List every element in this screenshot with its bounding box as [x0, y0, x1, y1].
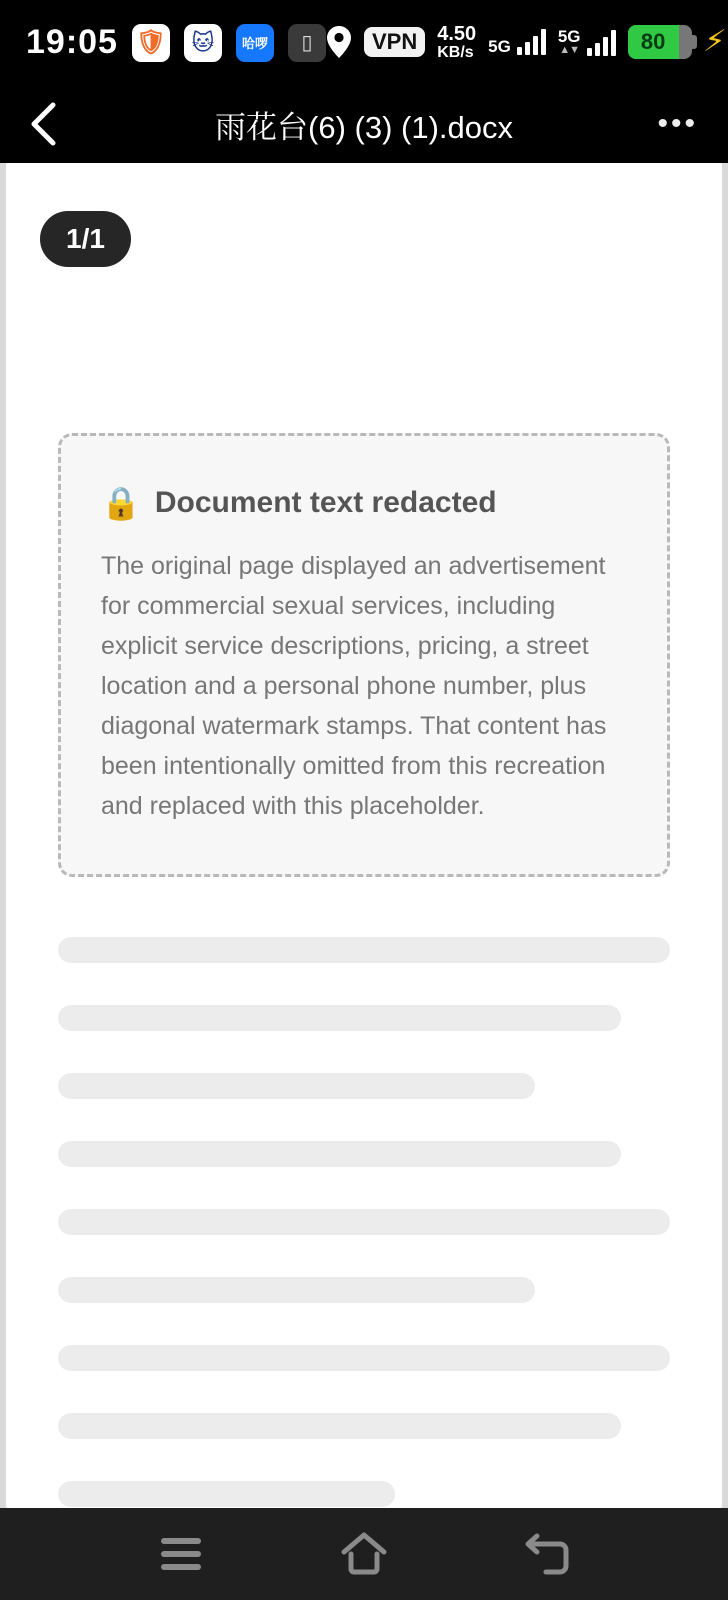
- redaction-heading-text: Document text redacted: [155, 486, 497, 520]
- redacted-content-placeholder: 🔒 Document text redacted The original pa…: [58, 433, 670, 877]
- status-left: 19:05 🛡 🐱 哈啰 ▯: [26, 23, 326, 62]
- clock: 19:05: [26, 23, 118, 62]
- back-button[interactable]: [30, 102, 90, 146]
- sim2-signal: 5G ▲▼: [558, 28, 616, 56]
- title-bar: 雨花台(6) (3) (1).docx •••: [0, 85, 728, 163]
- location-pin-icon: [326, 25, 352, 59]
- sim1-signal: 5G: [488, 29, 546, 55]
- sim2-signal-bars: [587, 30, 616, 56]
- menu-icon: [161, 1538, 201, 1570]
- data-activity-arrows-icon: ▲▼: [559, 45, 579, 56]
- sim2-network-type: 5G: [558, 28, 581, 45]
- phone-app-notification-icon: ▯: [288, 24, 326, 62]
- back-arrow-icon: [523, 1532, 571, 1576]
- battery-percent: 80: [628, 29, 679, 55]
- vpn-badge: VPN: [364, 27, 425, 57]
- home-icon: [338, 1530, 390, 1578]
- document-viewer[interactable]: 1/1 🔒 Document text redacted The origina…: [0, 163, 728, 1508]
- sim1-signal-bars: [517, 29, 546, 55]
- status-bar: 19:05 🛡 🐱 哈啰 ▯ VPN 4.50 KB/s 5G 5G ▲▼: [0, 0, 728, 85]
- network-speed-value: 4.50: [437, 24, 476, 45]
- shield-icon: 🛡: [136, 31, 166, 55]
- battery-cap: [692, 35, 697, 49]
- redaction-heading: 🔒 Document text redacted: [101, 484, 627, 522]
- network-speed-unit: KB/s: [437, 45, 473, 62]
- security-app-notification-icon: 🛡: [132, 24, 170, 62]
- phone-screen: 19:05 🛡 🐱 哈啰 ▯ VPN 4.50 KB/s 5G 5G ▲▼: [0, 0, 728, 1600]
- redaction-notice-text: The original page displayed an advertise…: [101, 546, 627, 826]
- home-button[interactable]: [329, 1519, 399, 1589]
- more-options-button[interactable]: •••: [638, 107, 698, 141]
- charging-bolt-icon: ⚡: [701, 27, 726, 57]
- cat-app-notification-icon: 🐱: [184, 24, 222, 62]
- document-page: 1/1 🔒 Document text redacted The origina…: [6, 163, 722, 1508]
- document-title: 雨花台(6) (3) (1).docx: [90, 102, 638, 147]
- cat-icon: 🐱: [192, 32, 215, 54]
- back-nav-button[interactable]: [512, 1519, 582, 1589]
- hello-app-notification-icon: 哈啰: [236, 24, 274, 62]
- redacted-text-lines: [58, 937, 670, 1507]
- status-right: VPN 4.50 KB/s 5G 5G ▲▼ 80 ⚡: [326, 24, 725, 62]
- page-indicator-badge: 1/1: [40, 211, 131, 267]
- network-speed: 4.50 KB/s: [437, 24, 476, 62]
- lock-icon: 🔒: [101, 484, 141, 522]
- battery-indicator: 80: [628, 25, 692, 59]
- android-nav-bar: [0, 1508, 728, 1600]
- recents-button[interactable]: [146, 1519, 216, 1589]
- sim1-network-type: 5G: [488, 38, 511, 55]
